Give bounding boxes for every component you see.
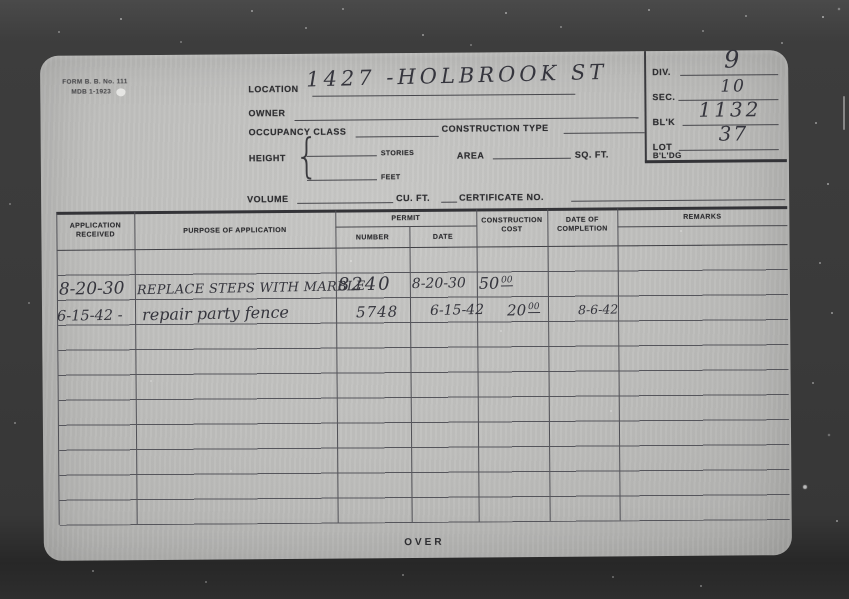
microfilm-scan-background: FORM B. B. No. 111 MDB 1-1923 LOCATION 1… [0,0,849,599]
remarks-mid-rule [617,225,787,227]
div-label: DIV. [652,67,671,77]
certificate-pre-rule [441,202,457,203]
height-label: HEIGHT [249,153,286,163]
film-scratch [843,96,845,130]
owner-rule [295,117,639,121]
feet-rule [307,179,377,181]
location-rule [312,94,575,97]
lot-value: 37 [719,121,749,145]
blk-label: BL'K [653,117,676,127]
entry1-cost-dollars: 50 [479,274,500,293]
construction-type-label: CONSTRUCTION TYPE [442,123,549,134]
entry1-cost-cents: 00 [501,275,513,286]
sec-value: 10 [720,76,746,96]
entry2-permit-date: 6-15-42 [430,299,497,321]
certificate-label: CERTIFICATE NO. [459,192,544,203]
entry1-application-received: 8-20-30 [57,278,137,300]
area-label: AREA [457,150,485,160]
entry1-construction-cost: 5000 [479,271,550,293]
entry1-remarks [620,266,790,290]
col-header-permit-date: DATE [409,233,476,243]
location-label: LOCATION [248,84,298,94]
entry2-application-received: 6-15-42 - [57,305,135,327]
volume-rule [297,202,393,204]
lot-rule [679,149,779,151]
col-header-permit-number: NUMBER [335,233,409,243]
building-permit-record-card: FORM B. B. No. 111 MDB 1-1923 LOCATION 1… [40,50,792,561]
col-header-date-of-completion: DATE OF COMPLETION [547,215,617,234]
area-unit-label: SQ. FT. [575,149,609,159]
volume-label: VOLUME [247,194,289,204]
entry2-purpose: repair party fence [135,302,343,327]
entry2-date-of-completion: 8-6-42 [578,296,648,318]
blk-value: 1132 [698,97,761,121]
entry2-remarks [648,293,818,317]
entry1-permit-number: 8240 [338,273,412,295]
form-number-line1: FORM B. B. No. 111 [62,77,127,88]
stories-rule [307,155,377,157]
col-header-application-received: APPLICATION RECEIVED [56,221,134,240]
entry2-cost-cents: 00 [528,302,540,313]
entry2-permit-number: 5748 [343,300,430,323]
sec-label: SEC. [652,92,675,102]
col-header-purpose: PURPOSE OF APPLICATION [134,226,335,237]
col-header-remarks: REMARKS [617,212,787,222]
certificate-rule [571,199,785,202]
parcel-box-left-border [644,51,647,162]
entry2-cost-dollars: 20 [507,301,526,319]
bldg-label: B'L'DG [653,151,682,160]
entry1-purpose: REPLACE STEPS WITH MARBLE [137,275,338,300]
permit-subheader-rule [335,226,476,228]
volume-unit-label: CU. FT. [396,193,430,203]
col-header-permit: PERMIT [335,214,476,224]
construction-type-rule [564,132,645,134]
owner-label: OWNER [248,108,285,118]
area-rule [493,158,571,160]
over-label: OVER [59,534,790,551]
entry2-construction-cost: 2000 [497,297,578,319]
feet-label: FEET [381,174,401,181]
entry1-date-of-completion [550,269,620,291]
occupancy-class-rule [356,136,439,138]
div-value: 9 [724,45,740,73]
location-value: 1427 -HOLBROOK ST [306,60,608,92]
col-header-construction-cost: CONSTRUCTION COST [476,216,547,235]
stories-label: STORIES [381,150,414,157]
film-noise-specks [0,0,2,2]
entry1-permit-date: 8-20-30 [412,272,479,294]
